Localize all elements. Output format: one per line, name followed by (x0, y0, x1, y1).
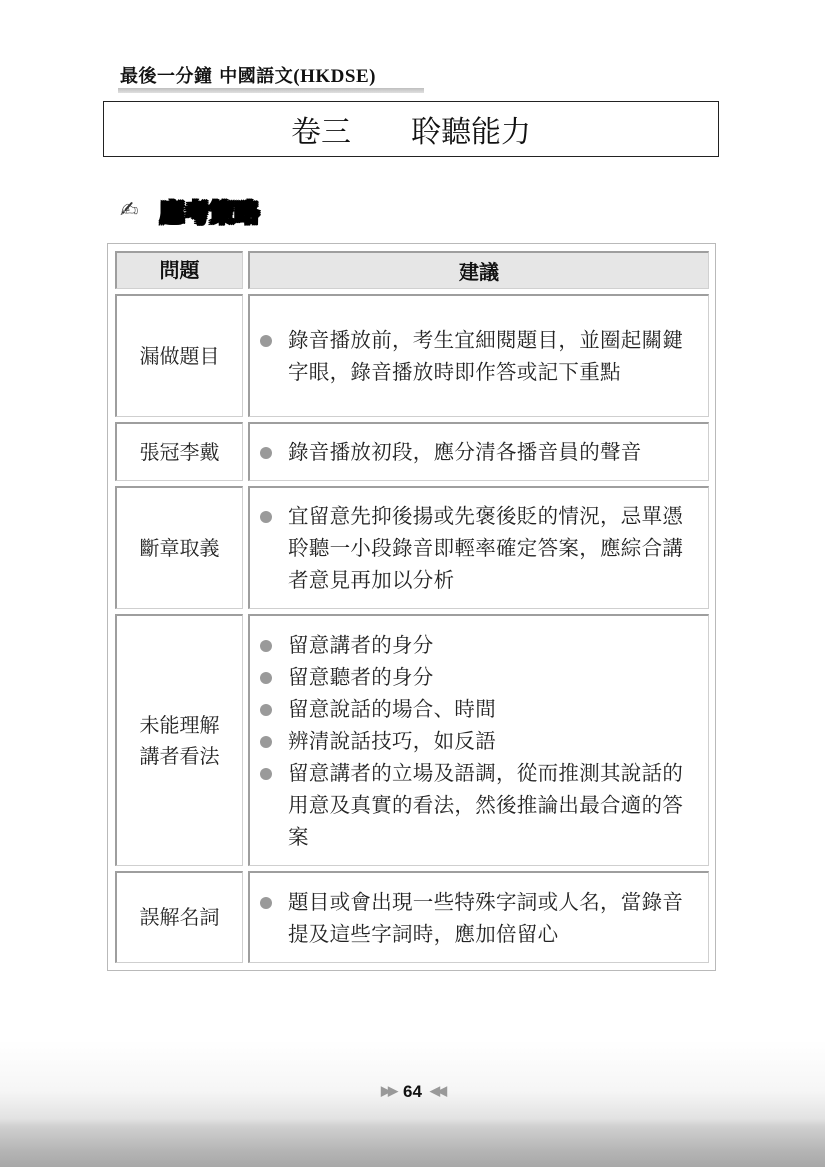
section-heading: ✍ 應考策略 (120, 193, 260, 228)
problem-label: 誤解名詞 (140, 902, 220, 933)
right-arrows-icon: ▶▶ (381, 1083, 395, 1098)
page-number: ▶▶64◀◀ (0, 1082, 825, 1102)
table-row-advice: 宜留意先抑後揚或先褒後貶的情況，忌單憑聆聽一小段錄音即輕率確定答案，應綜合講者意… (248, 486, 709, 609)
chapter-heading: 卷三 聆聽能力 (103, 101, 719, 157)
advice-item: 留意聽者的身分 (258, 661, 700, 693)
table-row-problem: 漏做題目 (115, 294, 243, 417)
advice-item: 題目或會出現一些特殊字詞或人名，當錄音提及這些字詞時，應加倍留心 (258, 886, 700, 950)
title-underline (118, 88, 424, 93)
advice-list: 題目或會出現一些特殊字詞或人名，當錄音提及這些字詞時，應加倍留心 (258, 886, 700, 950)
page-number-value: 64 (403, 1082, 422, 1101)
table-row-advice: 題目或會出現一些特殊字詞或人名，當錄音提及這些字詞時，應加倍留心 (248, 871, 709, 963)
table-row-problem: 斷章取義 (115, 486, 243, 609)
advice-item: 錄音播放前，考生宜細閱題目，並圈起關鍵字眼，錄音播放時即作答或記下重點 (258, 324, 700, 388)
footer-gradient (0, 1040, 825, 1167)
column-header-problem: 問題 (115, 251, 243, 289)
table-row-advice: 留意講者的身分 留意聽者的身分 留意說話的場合、時間 辨清說話技巧，如反語 留意… (248, 614, 709, 866)
chapter-part: 卷三 (291, 107, 351, 151)
table-row-advice: 錄音播放前，考生宜細閱題目，並圈起關鍵字眼，錄音播放時即作答或記下重點 (248, 294, 709, 417)
column-header-advice: 建議 (248, 251, 709, 289)
table-row-advice: 錄音播放初段，應分清各播音員的聲音 (248, 422, 709, 481)
problem-label: 張冠李戴 (140, 437, 220, 468)
chapter-name: 聆聽能力 (411, 107, 531, 151)
advice-item: 辨清說話技巧，如反語 (258, 725, 700, 757)
pen-writing-icon: ✍ (120, 198, 160, 223)
column-header-label: 建議 (459, 256, 499, 285)
column-header-label: 問題 (160, 255, 200, 286)
table-row-problem: 未能理解 講者看法 (115, 614, 243, 866)
left-arrows-icon: ◀◀ (430, 1083, 444, 1098)
section-title: 應考策略 (160, 193, 260, 228)
advice-item: 留意說話的場合、時間 (258, 693, 700, 725)
advice-list: 錄音播放初段，應分清各播音員的聲音 (258, 436, 700, 468)
advice-list: 錄音播放前，考生宜細閱題目，並圈起關鍵字眼，錄音播放時即作答或記下重點 (258, 324, 700, 388)
problem-label: 漏做題目 (140, 341, 220, 372)
advice-item: 錄音播放初段，應分清各播音員的聲音 (258, 436, 700, 468)
advice-item: 宜留意先抑後揚或先褒後貶的情況，忌單憑聆聽一小段錄音即輕率確定答案，應綜合講者意… (258, 500, 700, 596)
book-title: 最後一分鐘 中國語文(HKDSE) (120, 62, 376, 88)
table-row-problem: 張冠李戴 (115, 422, 243, 481)
table-row-problem: 誤解名詞 (115, 871, 243, 963)
advice-list: 宜留意先抑後揚或先褒後貶的情況，忌單憑聆聽一小段錄音即輕率確定答案，應綜合講者意… (258, 500, 700, 596)
advice-item: 留意講者的立場及語調，從而推測其說話的用意及真實的看法，然後推論出最合適的答案 (258, 757, 700, 853)
strategy-table: 問題 建議 漏做題目 錄音播放前，考生宜細閱題目，並圈起關鍵字眼，錄音播放時即作… (107, 243, 716, 971)
book-title-cn: 最後一分鐘 中國語文 (120, 66, 293, 87)
advice-item: 留意講者的身分 (258, 629, 700, 661)
problem-label: 斷章取義 (140, 533, 220, 564)
advice-list: 留意講者的身分 留意聽者的身分 留意說話的場合、時間 辨清說話技巧，如反語 留意… (258, 629, 700, 853)
book-title-latin: (HKDSE) (293, 66, 376, 87)
problem-label-line: 講者看法 (140, 741, 220, 772)
problem-label-line: 未能理解 (140, 710, 220, 741)
